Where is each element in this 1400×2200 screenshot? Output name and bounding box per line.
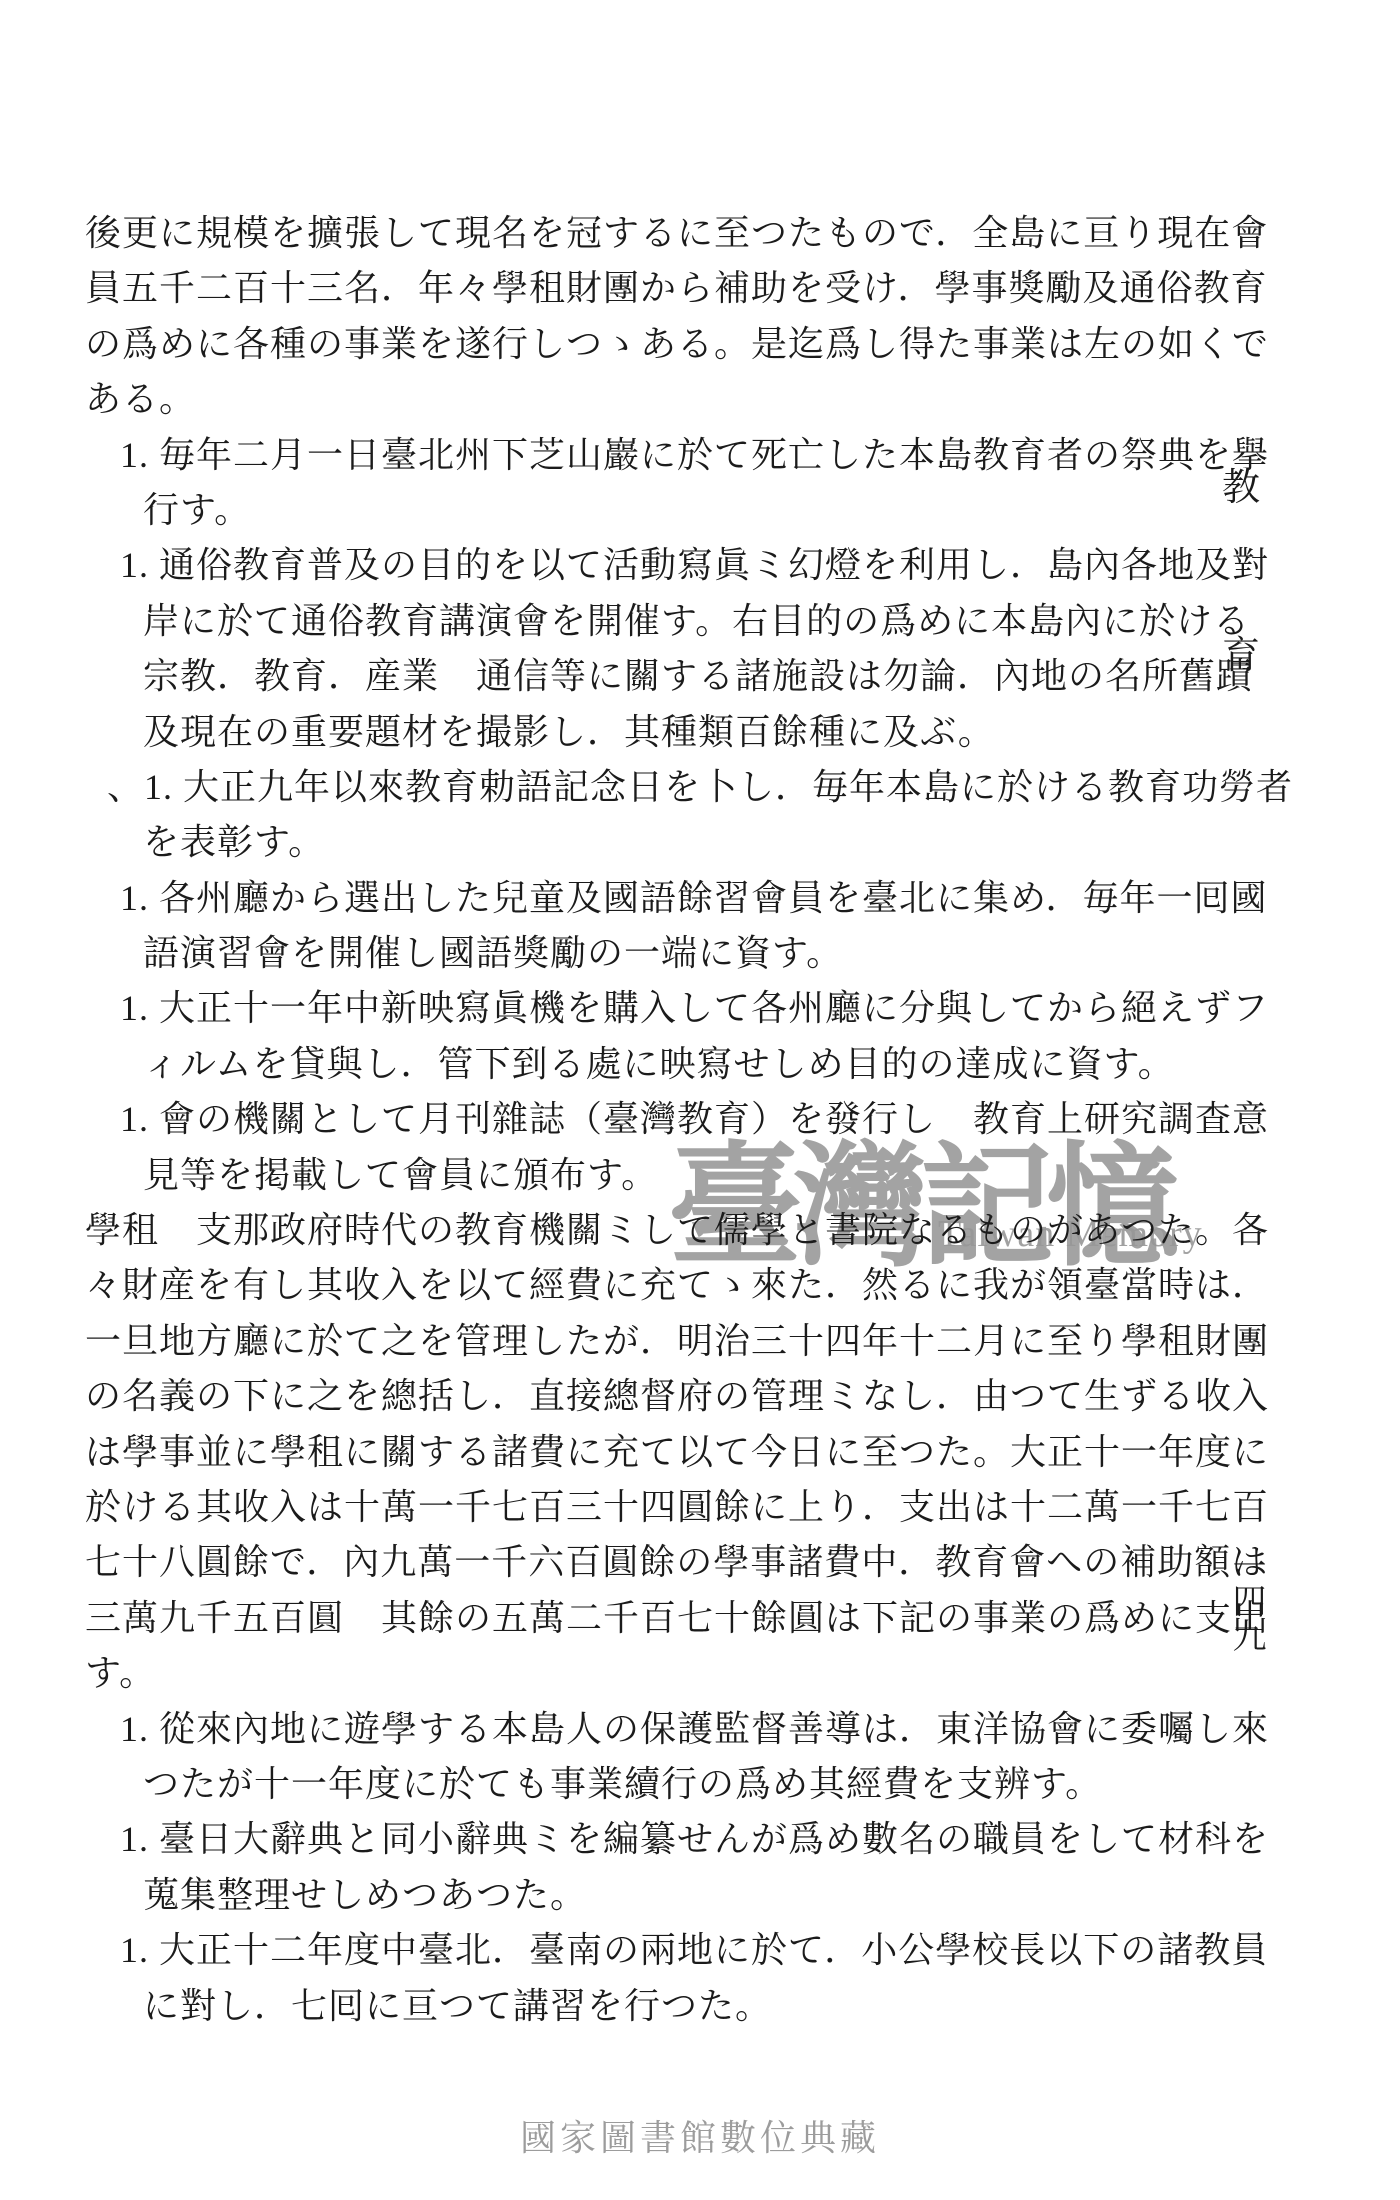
text-line: 於ける其收入は十萬一千七百三十四圓餘に上り．支出は十二萬一千七百 [85,1480,1175,1535]
text-line: 1. 毎年二月一日臺北州下芝山巖に於て死亡した本島教育者の祭典を擧 [85,428,1175,483]
text-line: 七十八圓餘で．內九萬一千六百圓餘の學事諸費中．教育會への補助額は [85,1535,1175,1590]
text-line: 宗教．教育．産業 通信等に關する諸施設は勿論．內地の名所舊蹟 [85,649,1175,704]
body-text: 後更に規模を擴張して現名を冠するに至つたもので．全島に亘り現在會員五千二百十三名… [85,206,1175,2034]
text-line: 々財産を有し其收入を以て經費に充てゝ來た．然るに我が領臺當時は． [85,1258,1175,1313]
page-number: 一四九 [1226,1548,1264,1653]
text-line: 1. 通俗教育普及の目的を以て活動寫眞ミ幻燈を利用し．島內各地及對 [85,538,1175,593]
text-line: 學租 支那政府時代の教育機關ミして儒學と書院なるものがあつた。各 [85,1203,1175,1258]
text-line: 一旦地方廳に於て之を管理したが．明治三十四年十二月に至り學租財團 [85,1314,1175,1369]
text-line: す。 [85,1646,1175,1701]
text-line: 1. 各州廳から選出した兒童及國語餘習會員を臺北に集め．毎年一囘國 [85,871,1175,926]
text-line: 、1. 大正九年以來教育勅語記念日を卜し．毎年本島に於ける教育功勞者 [85,760,1175,815]
text-line: の爲めに各種の事業を遂行しつゝある。是迄爲し得た事業は左の如くで [85,317,1175,372]
text-line: つたが十一年度に於ても事業續行の爲め其經費を支辨す。 [85,1757,1175,1812]
text-line: 三萬九千五百圓 其餘の五萬二千百七十餘圓は下記の事業の爲めに支出 [85,1591,1175,1646]
margin-chapter-char-1: 教 [1222,456,1260,511]
text-line: 蒐集整理せしめつあつた。 [85,1868,1175,1923]
text-line: 岸に於て通俗教育講演會を開催す。右目的の爲めに本島內に於ける [85,594,1175,649]
text-line: 1. 大正十一年中新映寫眞機を購入して各州廳に分與してから絕えずフ [85,981,1175,1036]
library-watermark: 國家圖書館數位典藏 [0,2110,1400,2161]
text-line: 員五千二百十三名．年々學租財團から補助を受け．學事獎勵及通俗教育 [85,261,1175,316]
text-line: 1. 從來內地に遊學する本島人の保護監督善導は．東洋協會に委囑し來 [85,1702,1175,1757]
scanned-book-page: 臺灣記憶 Taiwan Memory 後更に規模を擴張して現名を冠するに至つたも… [0,0,1400,2200]
text-line: ある。 [85,372,1175,427]
text-line: 語演習會を開催し國語獎勵の一端に資す。 [85,926,1175,981]
text-line: 及現在の重要題材を撮影し．其種類百餘種に及ぶ。 [85,705,1175,760]
text-line: を表彰す。 [85,815,1175,870]
text-line: 1. 會の機關として月刊雜誌（臺灣教育）を發行し 教育上研究調査意 [85,1092,1175,1147]
text-line: 後更に規模を擴張して現名を冠するに至つたもので．全島に亘り現在會 [85,206,1175,261]
text-line: は學事並に學租に關する諸費に充て以て今日に至つた。大正十一年度に [85,1425,1175,1480]
text-line: 見等を掲載して會員に頒布す。 [85,1148,1175,1203]
text-line: 行す。 [85,483,1175,538]
text-line: ィルムを貸與し．管下到る處に映寫せしめ目的の達成に資す。 [85,1037,1175,1092]
text-line: 1. 臺日大辭典と同小辭典ミを編纂せんが爲め數名の職員をして材科を [85,1812,1175,1867]
text-line: の名義の下に之を總括し．直接總督府の管理ミなし．由つて生ずる收入 [85,1369,1175,1424]
text-line: に對し．七囘に亘つて講習を行つた。 [85,1979,1175,2034]
margin-chapter-char-2: 育 [1222,624,1260,679]
text-line: 1. 大正十二年度中臺北．臺南の兩地に於て．小公學校長以下の諸教員 [85,1923,1175,1978]
